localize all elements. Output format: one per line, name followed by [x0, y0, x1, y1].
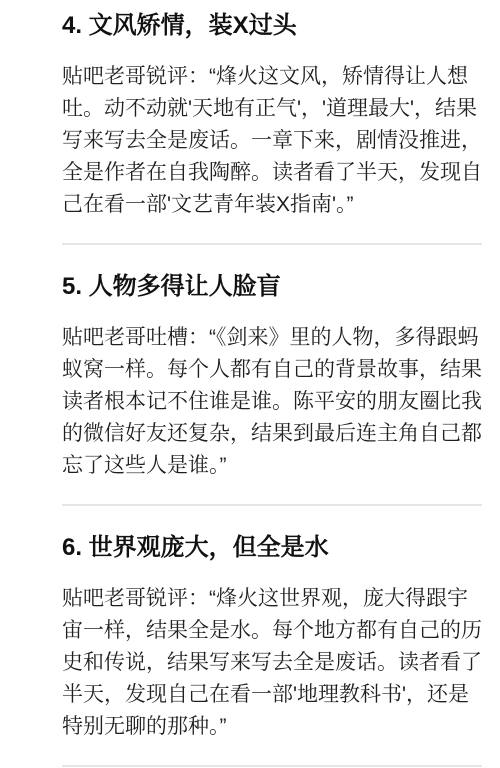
section-divider	[62, 504, 482, 506]
section-5-heading: 5. 人物多得让人脸盲	[62, 270, 482, 304]
section-divider	[62, 765, 482, 767]
section-divider	[62, 243, 482, 245]
section-6-heading: 6. 世界观庞大，但全是水	[62, 531, 482, 565]
section-6-body: 贴吧老哥锐评：“烽火这世界观，庞大得跟宇宙一样，结果全是水。每个地方都有自己的历…	[62, 583, 482, 743]
section-4: 4. 文风矫情，装X过头 贴吧老哥锐评：“烽火这文风，矫情得让人想吐。动不动就'…	[62, 9, 482, 221]
section-6: 6. 世界观庞大，但全是水 贴吧老哥锐评：“烽火这世界观，庞大得跟宇宙一样，结果…	[62, 531, 482, 743]
section-5-body: 贴吧老哥吐槽：“《剑来》里的人物，多得跟蚂蚁窝一样。每个人都有自己的背景故事，结…	[62, 322, 482, 482]
section-4-body: 贴吧老哥锐评：“烽火这文风，矫情得让人想吐。动不动就'天地有正气'，'道理最大'…	[62, 61, 482, 221]
article-content: 4. 文风矫情，装X过头 贴吧老哥锐评：“烽火这文风，矫情得让人想吐。动不动就'…	[0, 0, 500, 767]
section-4-heading: 4. 文风矫情，装X过头	[62, 9, 482, 43]
section-5: 5. 人物多得让人脸盲 贴吧老哥吐槽：“《剑来》里的人物，多得跟蚂蚁窝一样。每个…	[62, 270, 482, 482]
